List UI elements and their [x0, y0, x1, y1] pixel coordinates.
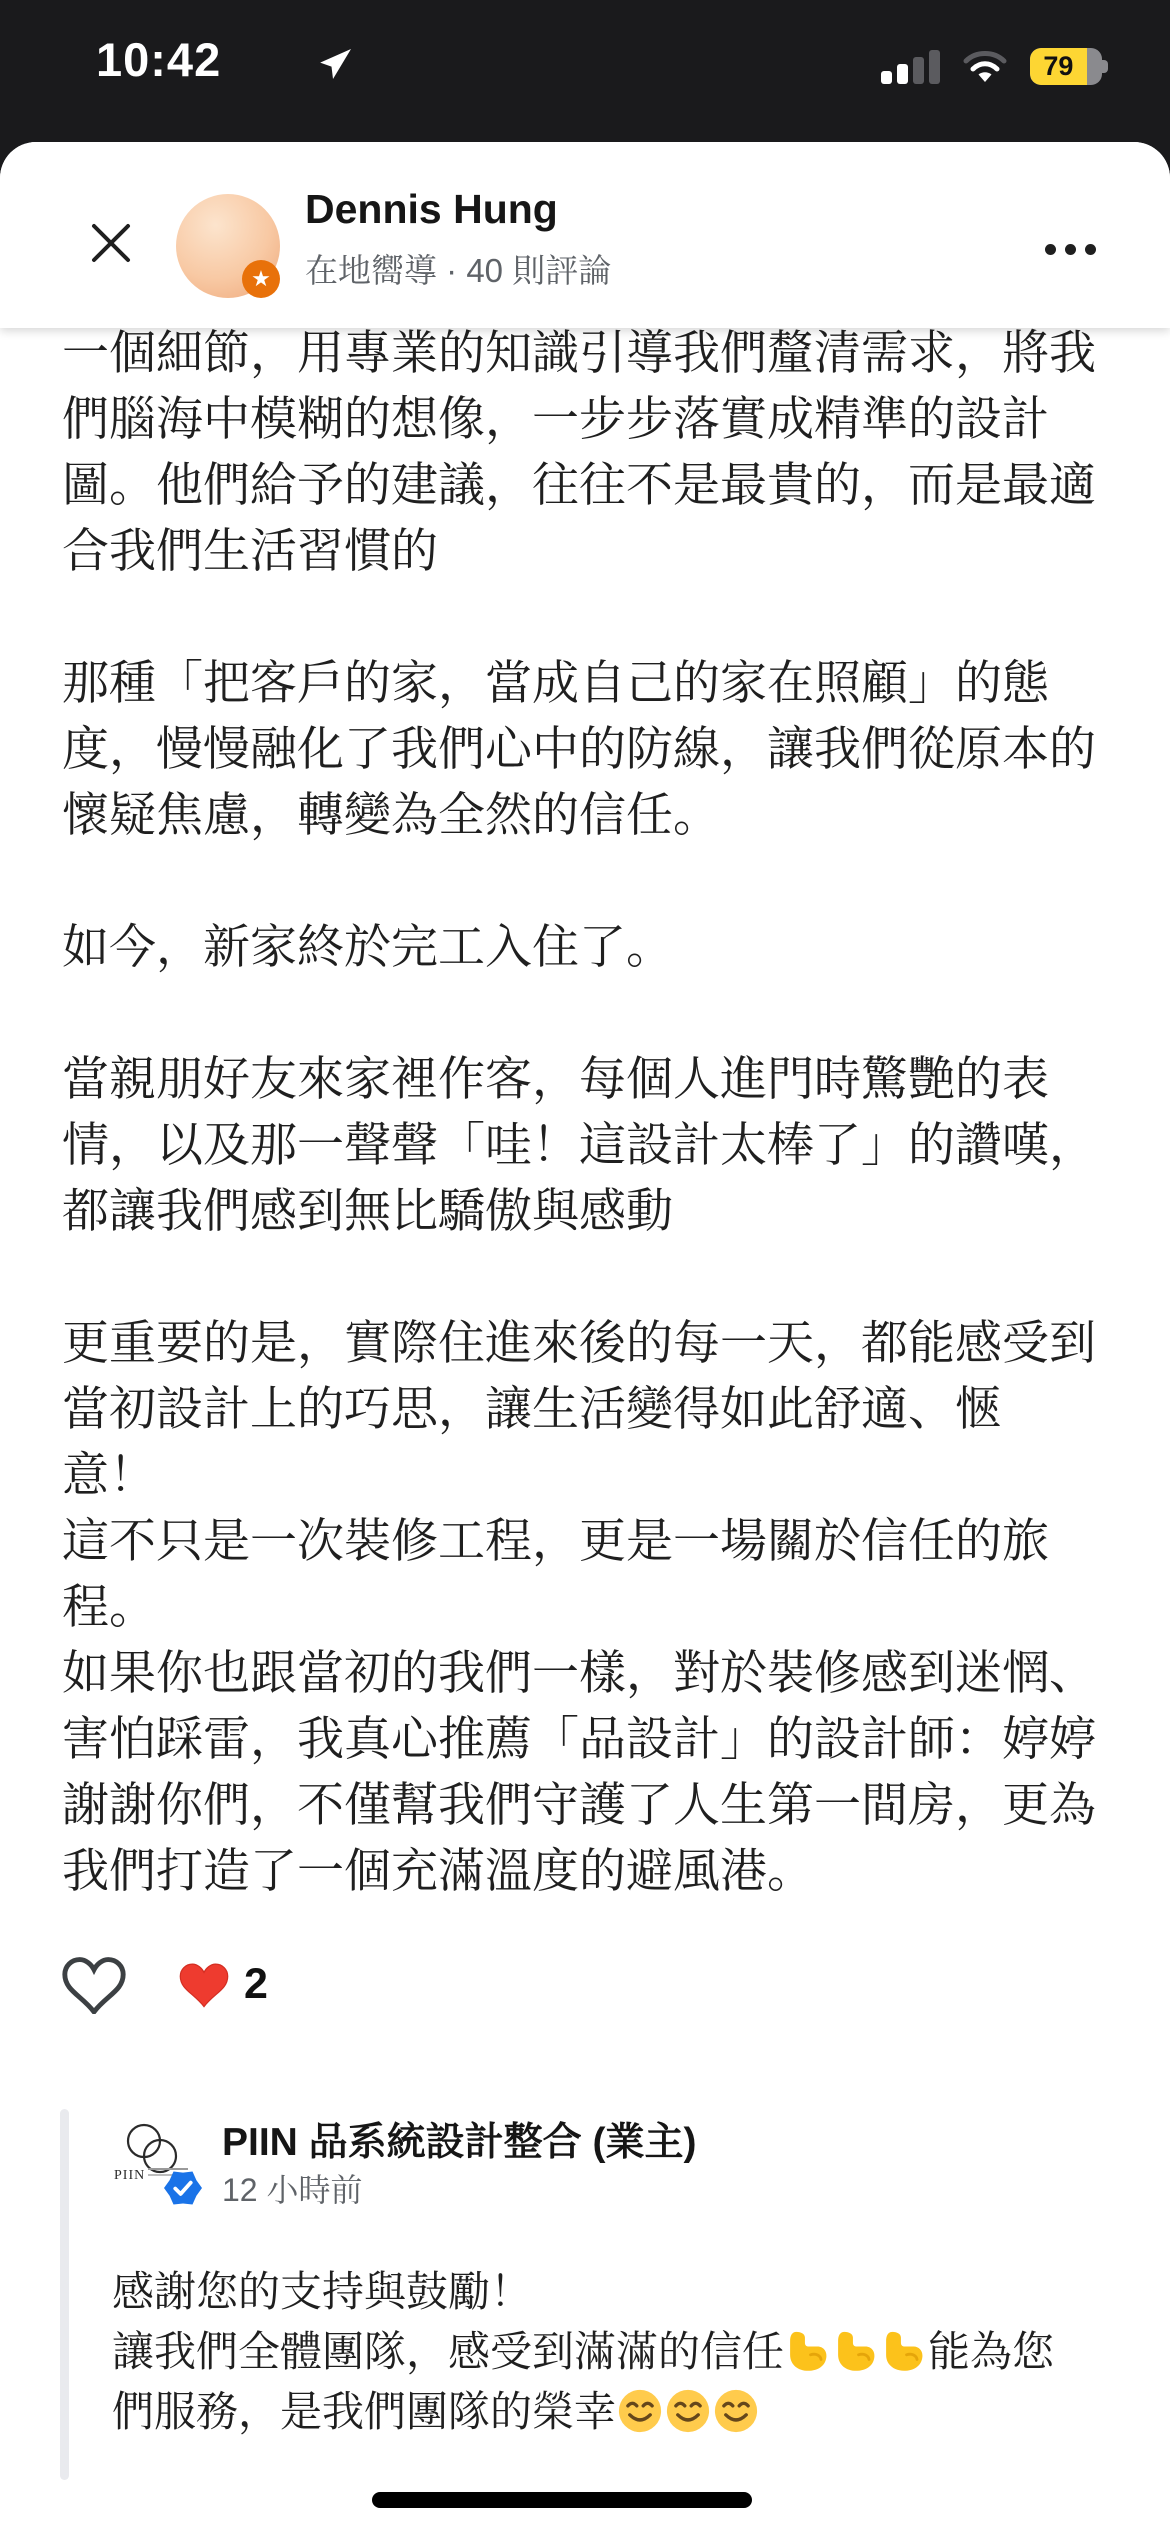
muscle-emoji-icon [785, 2328, 831, 2374]
status-bar: 10:42 79 [0, 0, 1170, 142]
review-line: 如果你也跟當初的我們一樣，對於裝修感到迷惘、 [62, 1640, 1110, 1706]
clock: 10:42 [96, 32, 221, 87]
review-detail-sheet: ★ Dennis Hung 在地嚮導 · 40 則評論 一個細節，用專業的知識引… [0, 142, 1170, 2532]
review-line: 都讓我們感到無比驕傲與感動 [62, 1178, 1110, 1244]
local-guide-star-icon: ★ [242, 260, 280, 298]
review-line: 情，以及那一聲聲「哇！這設計太棒了」的讚嘆， [62, 1112, 1110, 1178]
reply-line-text: 們服務，是我們團隊的榮幸 [112, 2388, 616, 2435]
review-line [62, 980, 1110, 1046]
reaction-row: 2 [62, 1952, 1170, 2016]
signal-strength-icon [881, 50, 940, 84]
review-line [62, 584, 1110, 650]
review-line: 害怕踩雷，我真心推薦「品設計」的設計師：婷婷 [62, 1706, 1110, 1772]
smile-emoji-icon [713, 2388, 759, 2434]
smile-emoji-icon [617, 2388, 663, 2434]
review-line: 合我們生活習慣的 [62, 518, 1110, 584]
review-line: 更重要的是，實際住進來後的每一天，都能感受到 [62, 1310, 1110, 1376]
reply-line-text: 能為您 [928, 2328, 1054, 2375]
review-line [62, 1244, 1110, 1310]
reply-timestamp: 12 小時前 [222, 2165, 363, 2211]
like-heart-outline-icon[interactable] [62, 1954, 126, 2014]
business-name[interactable]: PIIN 品系統設計整合 (業主) [222, 2111, 697, 2167]
more-options-icon[interactable] [1037, 236, 1104, 263]
review-line: 圖。他們給予的建議，往往不是最貴的，而是最適 [62, 452, 1110, 518]
battery-percent: 79 [1030, 48, 1087, 85]
wifi-icon [962, 49, 1008, 85]
review-line [62, 848, 1110, 914]
review-line: 度，慢慢融化了我們心中的防線，讓我們從原本的 [62, 716, 1110, 782]
location-arrow-icon [316, 44, 356, 84]
heart-reaction-count[interactable]: 2 [178, 1960, 268, 2009]
owner-reply: PIIN PIIN 品系統設計整合 (業主) 12 小時前 感謝您的支持與鼓勵！… [60, 2105, 1110, 2480]
review-line: 我們打造了一個充滿溫度的避風港。 [62, 1838, 1110, 1904]
review-line: 那種「把客戶的家，當成自己的家在照顧」的態 [62, 650, 1110, 716]
svg-text:PIIN: PIIN [114, 2168, 145, 2183]
muscle-emoji-icon [833, 2328, 879, 2374]
review-line: 謝謝你們，不僅幫我們守護了人生第一間房，更為 [62, 1772, 1110, 1838]
review-line: 懷疑焦慮，轉變為全然的信任。 [62, 782, 1110, 848]
battery-icon: 79 [1030, 48, 1108, 85]
reviewer-name: Dennis Hung [305, 186, 558, 233]
review-line: 一個細節，用專業的知識引導我們釐清需求，將我 [62, 320, 1110, 386]
reply-line-text: 讓我們全體團隊，感受到滿滿的信任 [112, 2328, 784, 2375]
review-line: 程。 [62, 1574, 1110, 1640]
red-heart-icon [178, 1960, 230, 2008]
review-text: 一個細節，用專業的知識引導我們釐清需求，將我 們腦海中模糊的想像，一步步落實成精… [62, 320, 1110, 1904]
smile-emoji-icon [665, 2388, 711, 2434]
review-line: 們腦海中模糊的想像，一步步落實成精準的設計 [62, 386, 1110, 452]
status-icons: 79 [881, 48, 1108, 85]
reply-text: 感謝您的支持與鼓勵！ 讓我們全體團隊，感受到滿滿的信任能為您 們服務，是我們團隊… [112, 2262, 1110, 2442]
reply-line-text: 感謝您的支持與鼓勵！ [112, 2268, 532, 2315]
reaction-count: 2 [244, 1960, 268, 2009]
review-header: ★ Dennis Hung 在地嚮導 · 40 則評論 [0, 142, 1170, 328]
review-line: 當親朋好友來家裡作客，每個人進門時驚艷的表 [62, 1046, 1110, 1112]
review-line: 如今，新家終於完工入住了。 [62, 914, 1110, 980]
verified-badge-icon [164, 2169, 202, 2207]
review-line: 意！ [62, 1442, 1110, 1508]
reviewer-subtitle: 在地嚮導 · 40 則評論 [305, 245, 611, 292]
close-icon[interactable] [86, 218, 136, 268]
muscle-emoji-icon [881, 2328, 927, 2374]
home-indicator[interactable] [372, 2492, 752, 2508]
owner-reply-header: PIIN PIIN 品系統設計整合 (業主) 12 小時前 [60, 2105, 1110, 2215]
review-line: 這不只是一次裝修工程，更是一場關於信任的旅 [62, 1508, 1110, 1574]
review-line: 當初設計上的巧思，讓生活變得如此舒適、愜 [62, 1376, 1110, 1442]
phone-screen: 10:42 79 [0, 0, 1170, 2532]
